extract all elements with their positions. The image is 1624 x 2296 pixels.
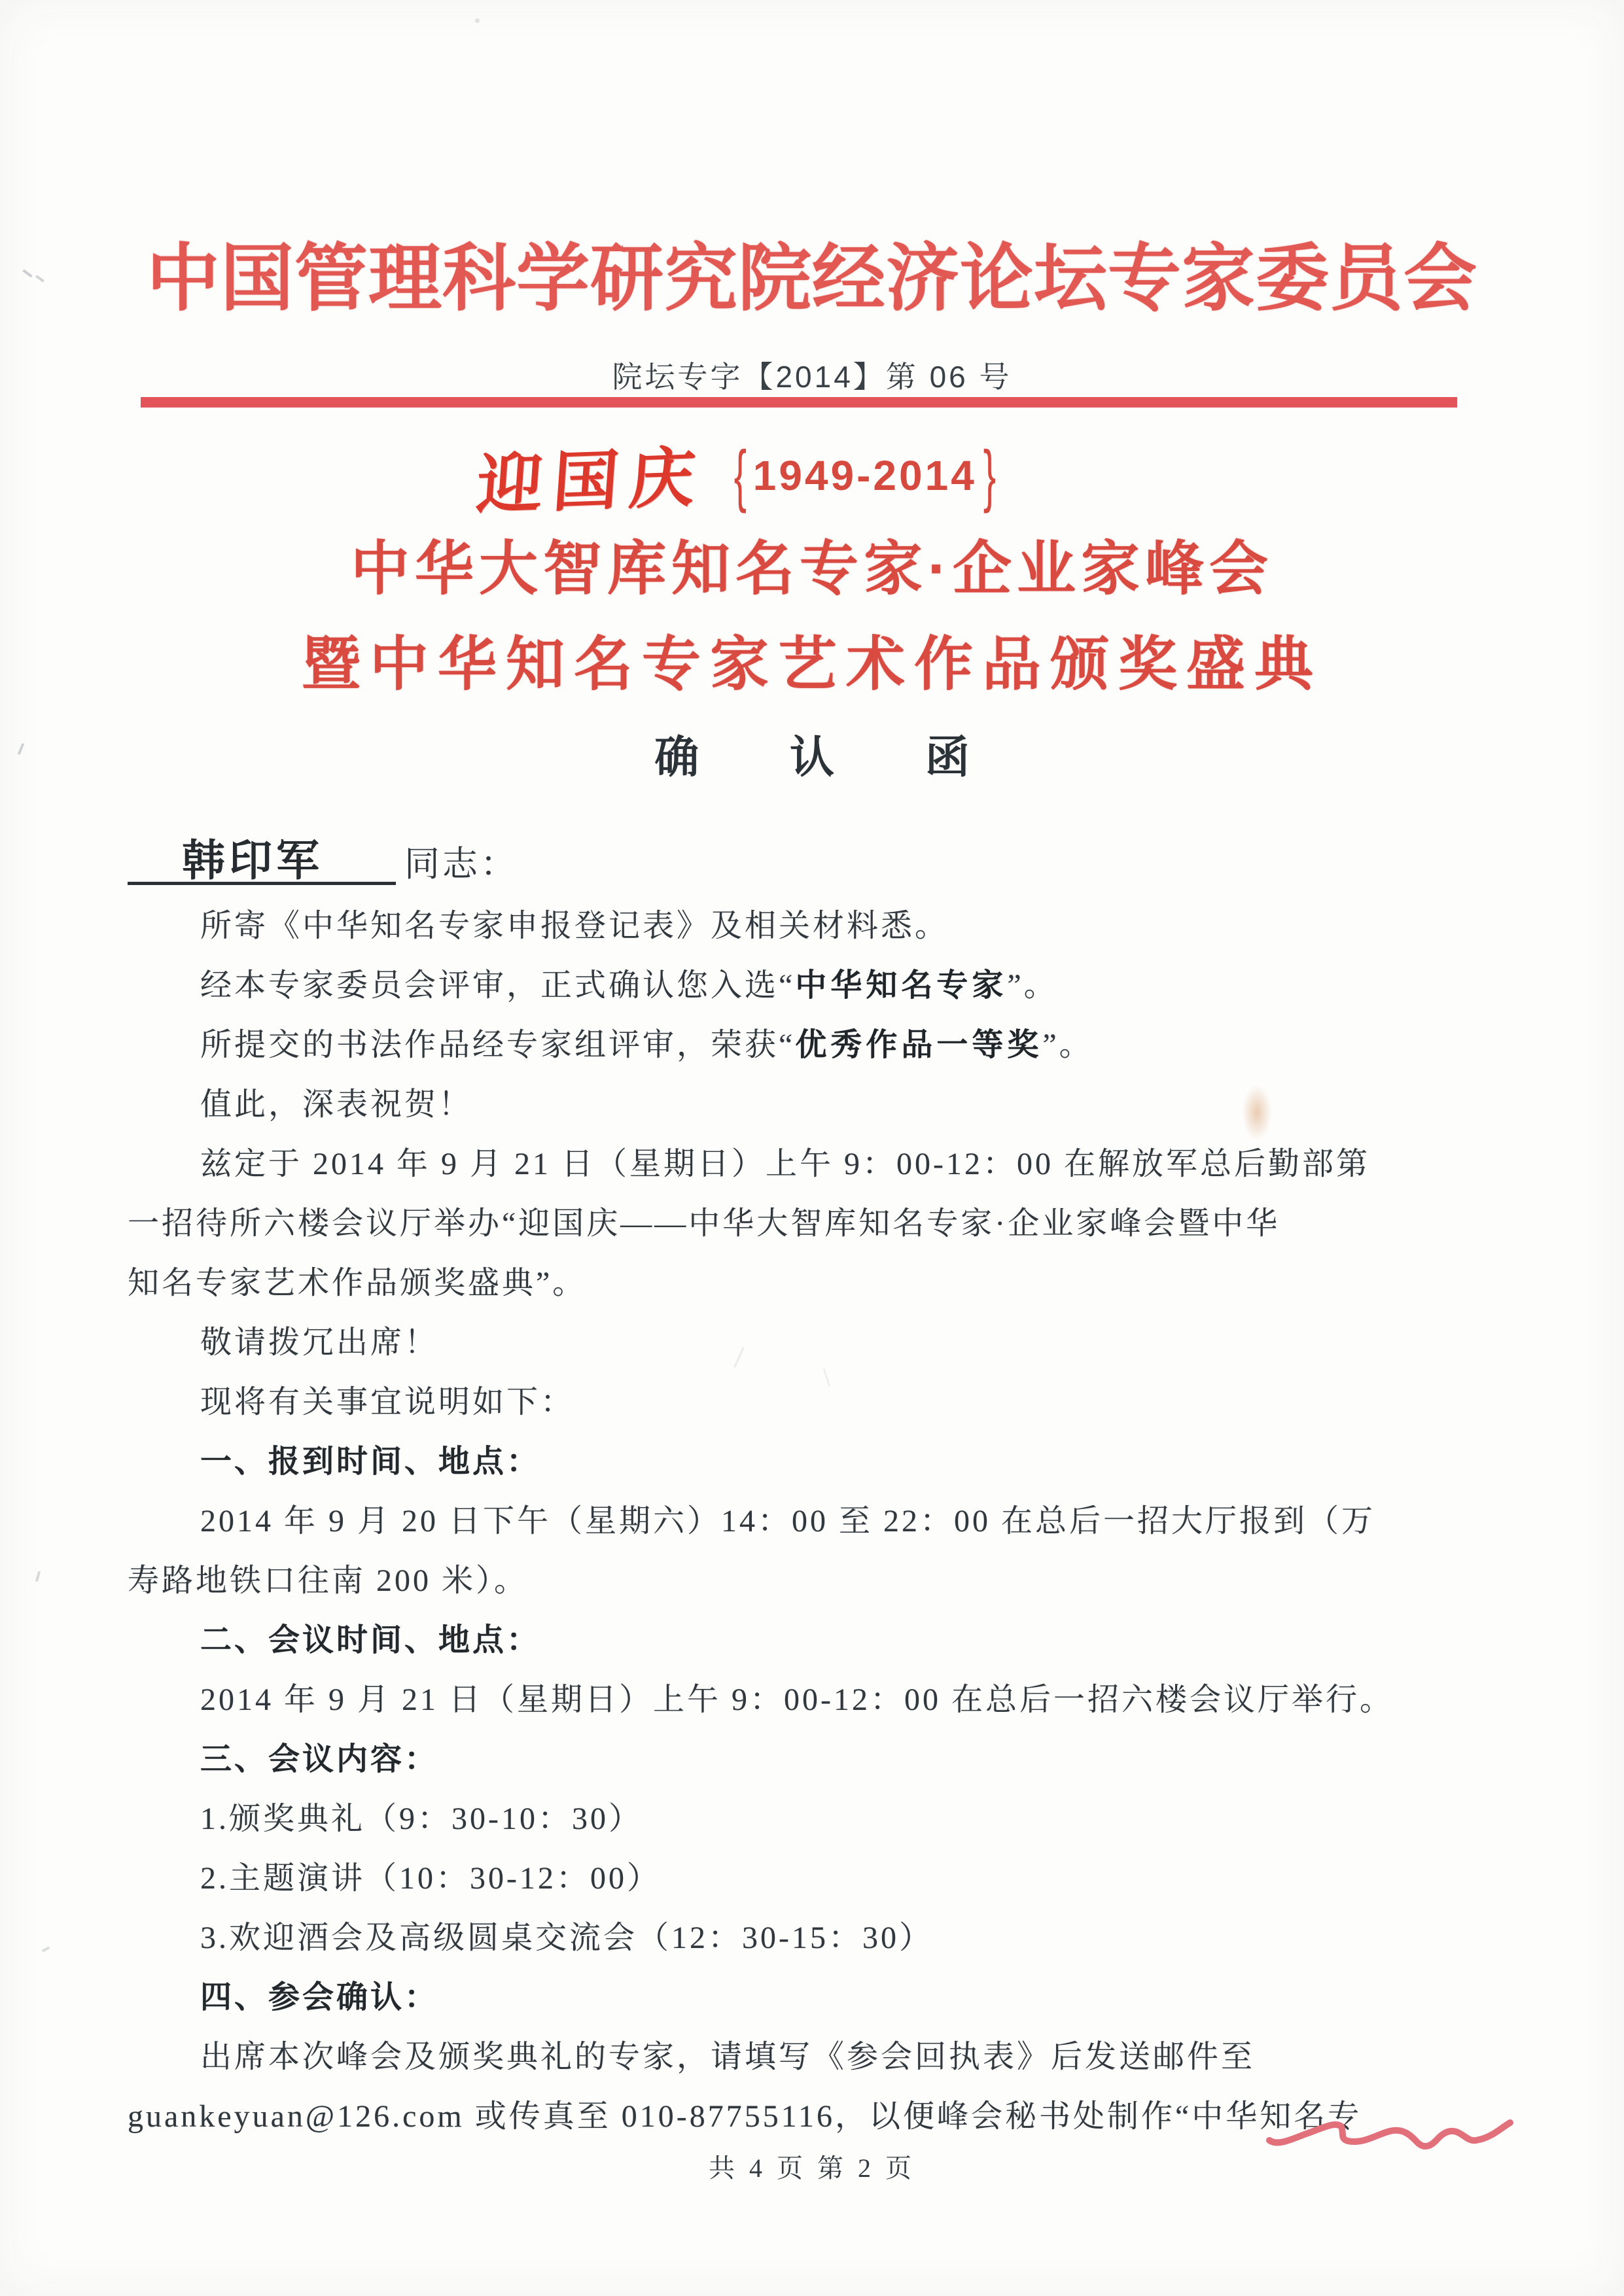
body-line: 敬请拨冗出席！ (200, 1327, 438, 1359)
body-line: 2014 年 9 月 20 日下午（星期六）14：00 至 22：00 在总后一… (200, 1506, 1375, 1537)
occasion-calligraphy: 迎国庆 (474, 425, 709, 527)
confirmation-letter-page: 中国管理科学研究院经济论坛专家委员会 院坛专字【2014】第 06 号 迎国庆 … (0, 0, 1624, 2296)
doc-number: 院坛专字【2014】第 06 号 (0, 353, 1624, 396)
letter-title: 确 认 函 (0, 722, 1624, 786)
body-line: 知名专家艺术作品颁奖盛典”。 (128, 1268, 586, 1299)
award-title-expert: 中华知名专家 (795, 968, 1007, 1003)
body-line: 所提交的书法作品经专家组评审，荣获“优秀作品一等奖”。 (200, 1030, 1093, 1061)
org-title: 中国管理科学研究院经济论坛专家委员会 (0, 220, 1624, 325)
years-text: 1949-2014 (753, 451, 977, 500)
body-text: ”。 (1007, 968, 1057, 1003)
event-banner: 迎国庆 {1949-2014} (478, 426, 997, 525)
right-brace: } (983, 436, 995, 515)
heading-registration: 一、报到时间、地点： (200, 1446, 540, 1478)
body-text: ”。 (1042, 1028, 1093, 1062)
heading-meeting-time: 二、会议时间、地点： (200, 1625, 540, 1656)
scan-speck (42, 1946, 50, 1952)
body-text: 经本专家委员会评审，正式确认您入选“ (200, 968, 795, 1003)
salutation: 同志： (404, 836, 518, 886)
scan-speck (475, 18, 480, 23)
agenda-item-1: 1.颁奖典礼（9：30-10：30） (200, 1803, 643, 1835)
agenda-item-2: 2.主题演讲（10：30-12：00） (200, 1863, 661, 1894)
scan-speck (35, 1571, 41, 1582)
recipient-underline (128, 882, 396, 885)
body-text: 所提交的书法作品经专家组评审，荣获“ (200, 1028, 795, 1062)
event-title-line1: 中华大智库知名专家·企业家峰会 (0, 521, 1624, 606)
agenda-item-3: 3.欢迎酒会及高级圆桌交流会（12：30-15：30） (200, 1922, 933, 1954)
body-line: 兹定于 2014 年 9 月 21 日（星期日）上午 9：00-12：00 在解… (200, 1149, 1370, 1180)
body-line: 所寄《中华知名专家申报登记表》及相关材料悉。 (200, 911, 949, 942)
body-line: 一招待所六楼会议厅举办“迎国庆——中华大智库知名专家·企业家峰会暨中华 (128, 1208, 1280, 1240)
scan-scratch (823, 1368, 831, 1387)
heading-confirmation: 四、参会确认： (200, 1982, 438, 2013)
recipient-name: 韩印军 (182, 826, 323, 888)
letterhead-rule (141, 397, 1457, 408)
heading-agenda: 三、会议内容： (200, 1744, 438, 1775)
anniversary-years: {1949-2014} (733, 450, 997, 501)
body-line: 出席本次峰会及颁奖典礼的专家，请填写《参会回执表》后发送邮件至 (200, 2042, 1255, 2073)
body-line: 经本专家委员会评审，正式确认您入选“中华知名专家”。 (200, 970, 1058, 1001)
award-title-first-prize: 优秀作品一等奖 (795, 1028, 1042, 1062)
page-footer: 共 4 页 第 2 页 (0, 2148, 1624, 2185)
left-brace: { (734, 436, 747, 515)
body-line-contact: guankeyuan@126.com 或传真至 010-87755116，以便峰… (128, 2101, 1362, 2132)
body-line: 寿路地铁口往南 200 米）。 (128, 1565, 528, 1597)
scan-scratch (733, 1347, 745, 1368)
scan-stain (1242, 1085, 1272, 1141)
body-line: 2014 年 9 月 21 日（星期日）上午 9：00-12：00 在总后一招六… (200, 1684, 1394, 1716)
body-line: 现将有关事宜说明如下： (200, 1387, 574, 1418)
body-line: 值此，深表祝贺！ (200, 1089, 472, 1121)
event-title-line2: 暨中华知名专家艺术作品颁奖盛典 (0, 616, 1624, 701)
